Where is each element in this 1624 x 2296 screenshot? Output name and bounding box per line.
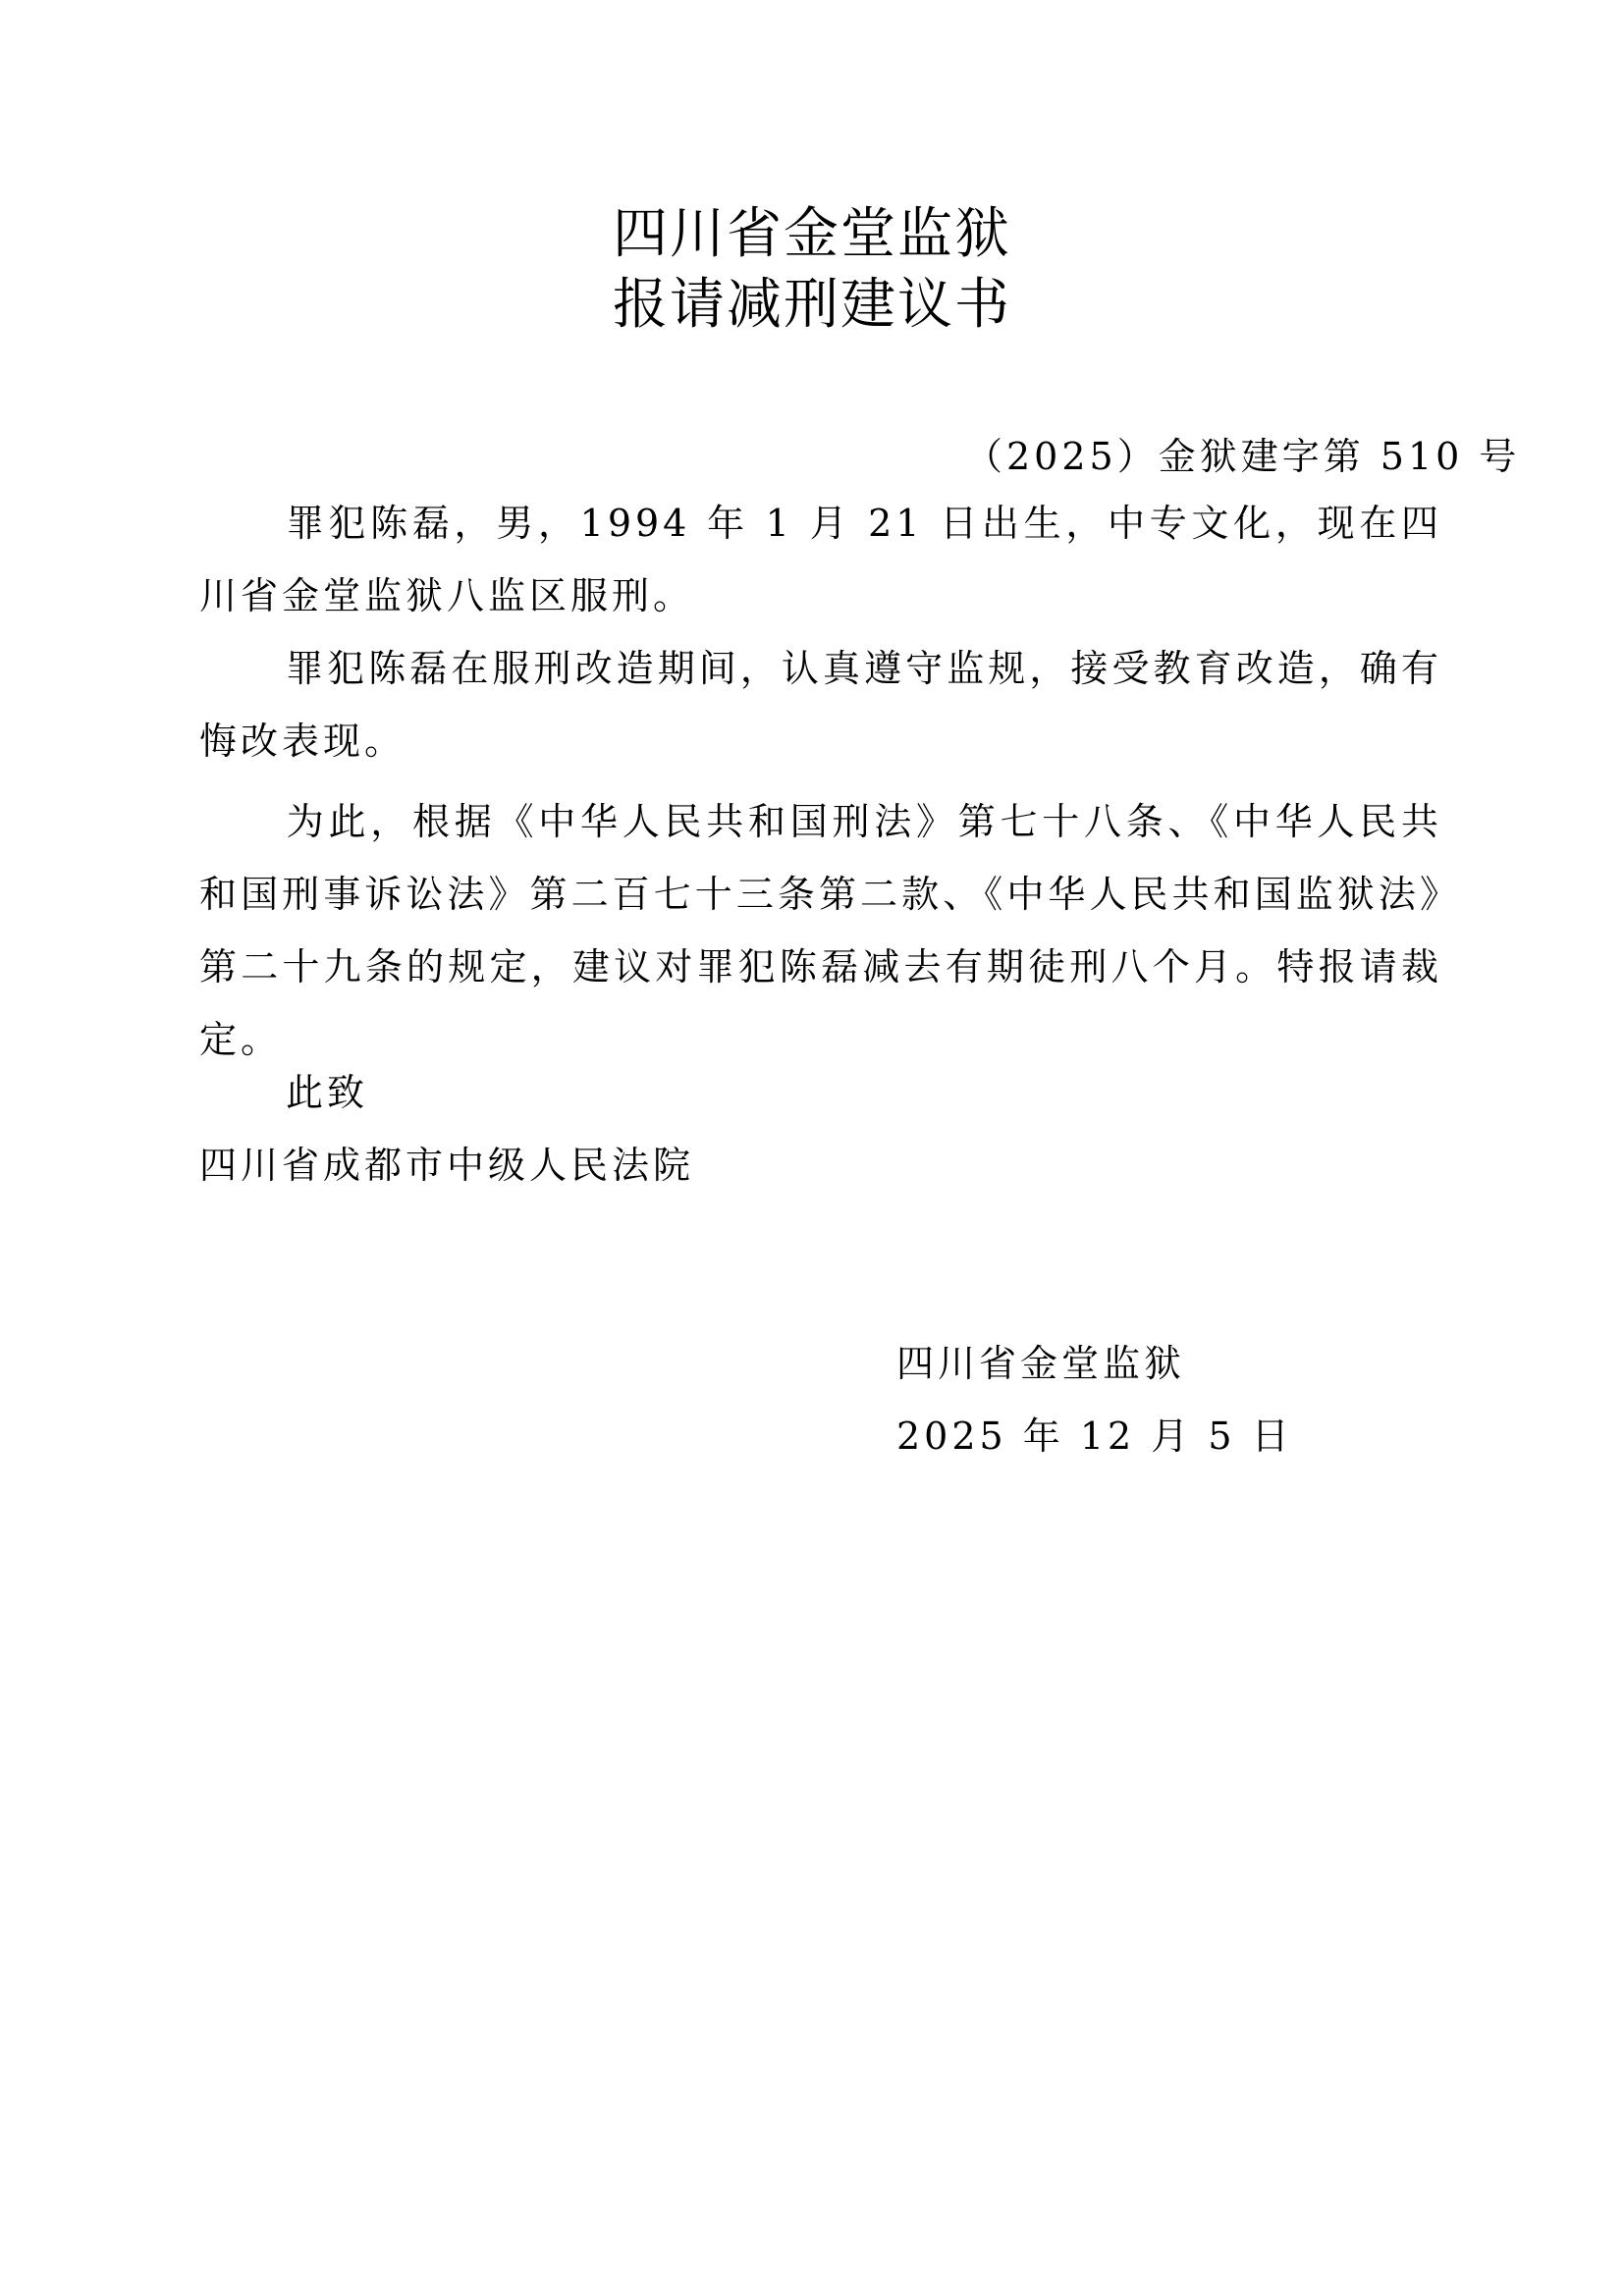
greeting: 此致 bbox=[286, 1062, 368, 1116]
signature-date: 2025 年 12 月 5 日 bbox=[896, 1406, 1293, 1460]
document-number: （2025）金狱建字第 510 号 bbox=[965, 426, 1520, 480]
document-title-line-1: 四川省金堂监狱 bbox=[0, 202, 1624, 267]
paragraph-text: 罪犯陈磊在服刑改造期间，认真遵守监规，接受教育改造，确有悔改表现。 bbox=[199, 647, 1442, 763]
document-page: 四川省金堂监狱 报请减刑建议书 （2025）金狱建字第 510 号 罪犯陈磊，男… bbox=[0, 0, 1624, 2296]
recipient: 四川省成都市中级人民法院 bbox=[199, 1135, 694, 1189]
signature-organization: 四川省金堂监狱 bbox=[896, 1333, 1185, 1387]
paragraph-inmate-info: 罪犯陈磊，男，1994 年 1 月 21 日出生，中专文化，现在四川省金堂监狱八… bbox=[199, 487, 1442, 632]
paragraph-conduct: 罪犯陈磊在服刑改造期间，认真遵守监规，接受教育改造，确有悔改表现。 bbox=[199, 632, 1442, 777]
paragraph-text: 为此，根据《中华人民共和国刑法》第七十八条、《中华人民共和国刑事诉讼法》第二百七… bbox=[199, 800, 1442, 1061]
paragraph-text: 罪犯陈磊，男，1994 年 1 月 21 日出生，中专文化，现在四川省金堂监狱八… bbox=[199, 502, 1442, 617]
document-title-line-2: 报请减刑建议书 bbox=[0, 273, 1624, 338]
paragraph-legal-basis: 为此，根据《中华人民共和国刑法》第七十八条、《中华人民共和国刑事诉讼法》第二百七… bbox=[199, 785, 1442, 1076]
